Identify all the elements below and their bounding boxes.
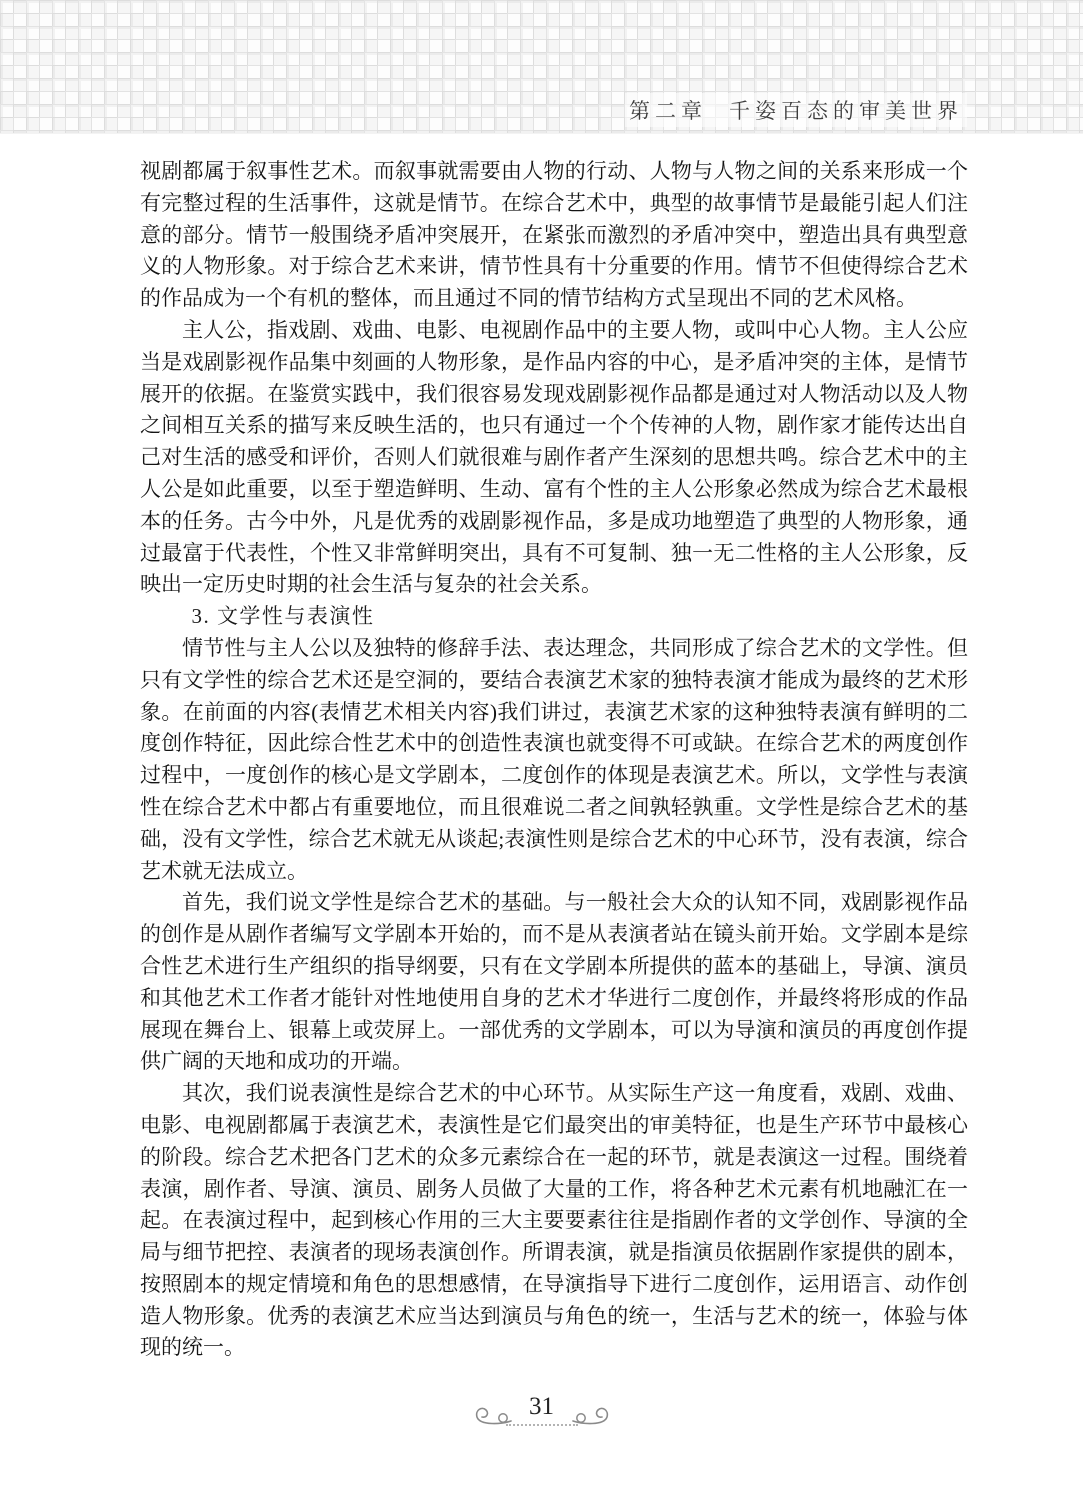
paragraph: 情节性与主人公以及独特的修辞手法、表达理念，共同形成了综合艺术的文学性。但只有文… — [140, 633, 968, 887]
paragraph-continued: 视剧都属于叙事性艺术。而叙事就需要由人物的行动、人物与人物之间的关系来形成一个有… — [140, 156, 968, 315]
page-number-box: 31 — [506, 1394, 578, 1426]
page-number-group: 31 — [472, 1394, 612, 1426]
paragraph: 首先，我们说文学性是综合艺术的基础。与一般社会大众的认知不同，戏剧影视作品的创作… — [140, 887, 968, 1078]
running-head: 第二章千姿百态的审美世界 — [625, 93, 967, 127]
chapter-label: 第二章 — [629, 99, 707, 123]
book-page: 第二章千姿百态的审美世界 视剧都属于叙事性艺术。而叙事就需要由人物的行动、人物与… — [0, 0, 1083, 1508]
section-heading: 3. 文学性与表演性 — [140, 601, 968, 633]
chapter-title: 千姿百态的审美世界 — [729, 99, 963, 123]
paragraph: 主人公，指戏剧、戏曲、电影、电视剧作品中的主要人物，或叫中心人物。主人公应当是戏… — [140, 315, 968, 601]
page-number: 31 — [529, 1393, 554, 1420]
paragraph: 其次，我们说表演性是综合艺术的中心环节。从实际生产这一角度看，戏剧、戏曲、电影、… — [140, 1078, 968, 1364]
body-text-column: 视剧都属于叙事性艺术。而叙事就需要由人物的行动、人物与人物之间的关系来形成一个有… — [140, 156, 968, 1364]
scroll-ornament-right-icon — [572, 1402, 612, 1426]
page-footer: 31 — [0, 1394, 1083, 1426]
